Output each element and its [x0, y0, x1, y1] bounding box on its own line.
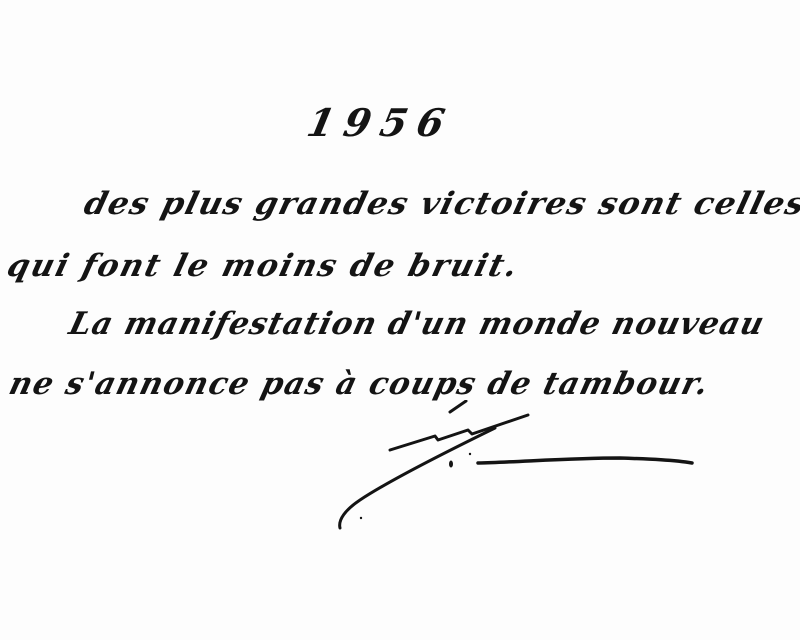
note-year: 1956: [303, 100, 458, 145]
note-line-2: qui font le moins de bruit.: [4, 248, 523, 284]
manuscript-page: 1956 des plus grandes victoires sont cel…: [0, 0, 800, 640]
note-line-4: ne s'annonce pas à coups de tambour.: [6, 366, 714, 402]
note-line-1: des plus grandes victoires sont celles: [81, 186, 800, 222]
note-line-3: La manifestation d'un monde nouveau: [66, 306, 769, 342]
signature: [320, 400, 700, 540]
signature-dot: [449, 461, 453, 468]
